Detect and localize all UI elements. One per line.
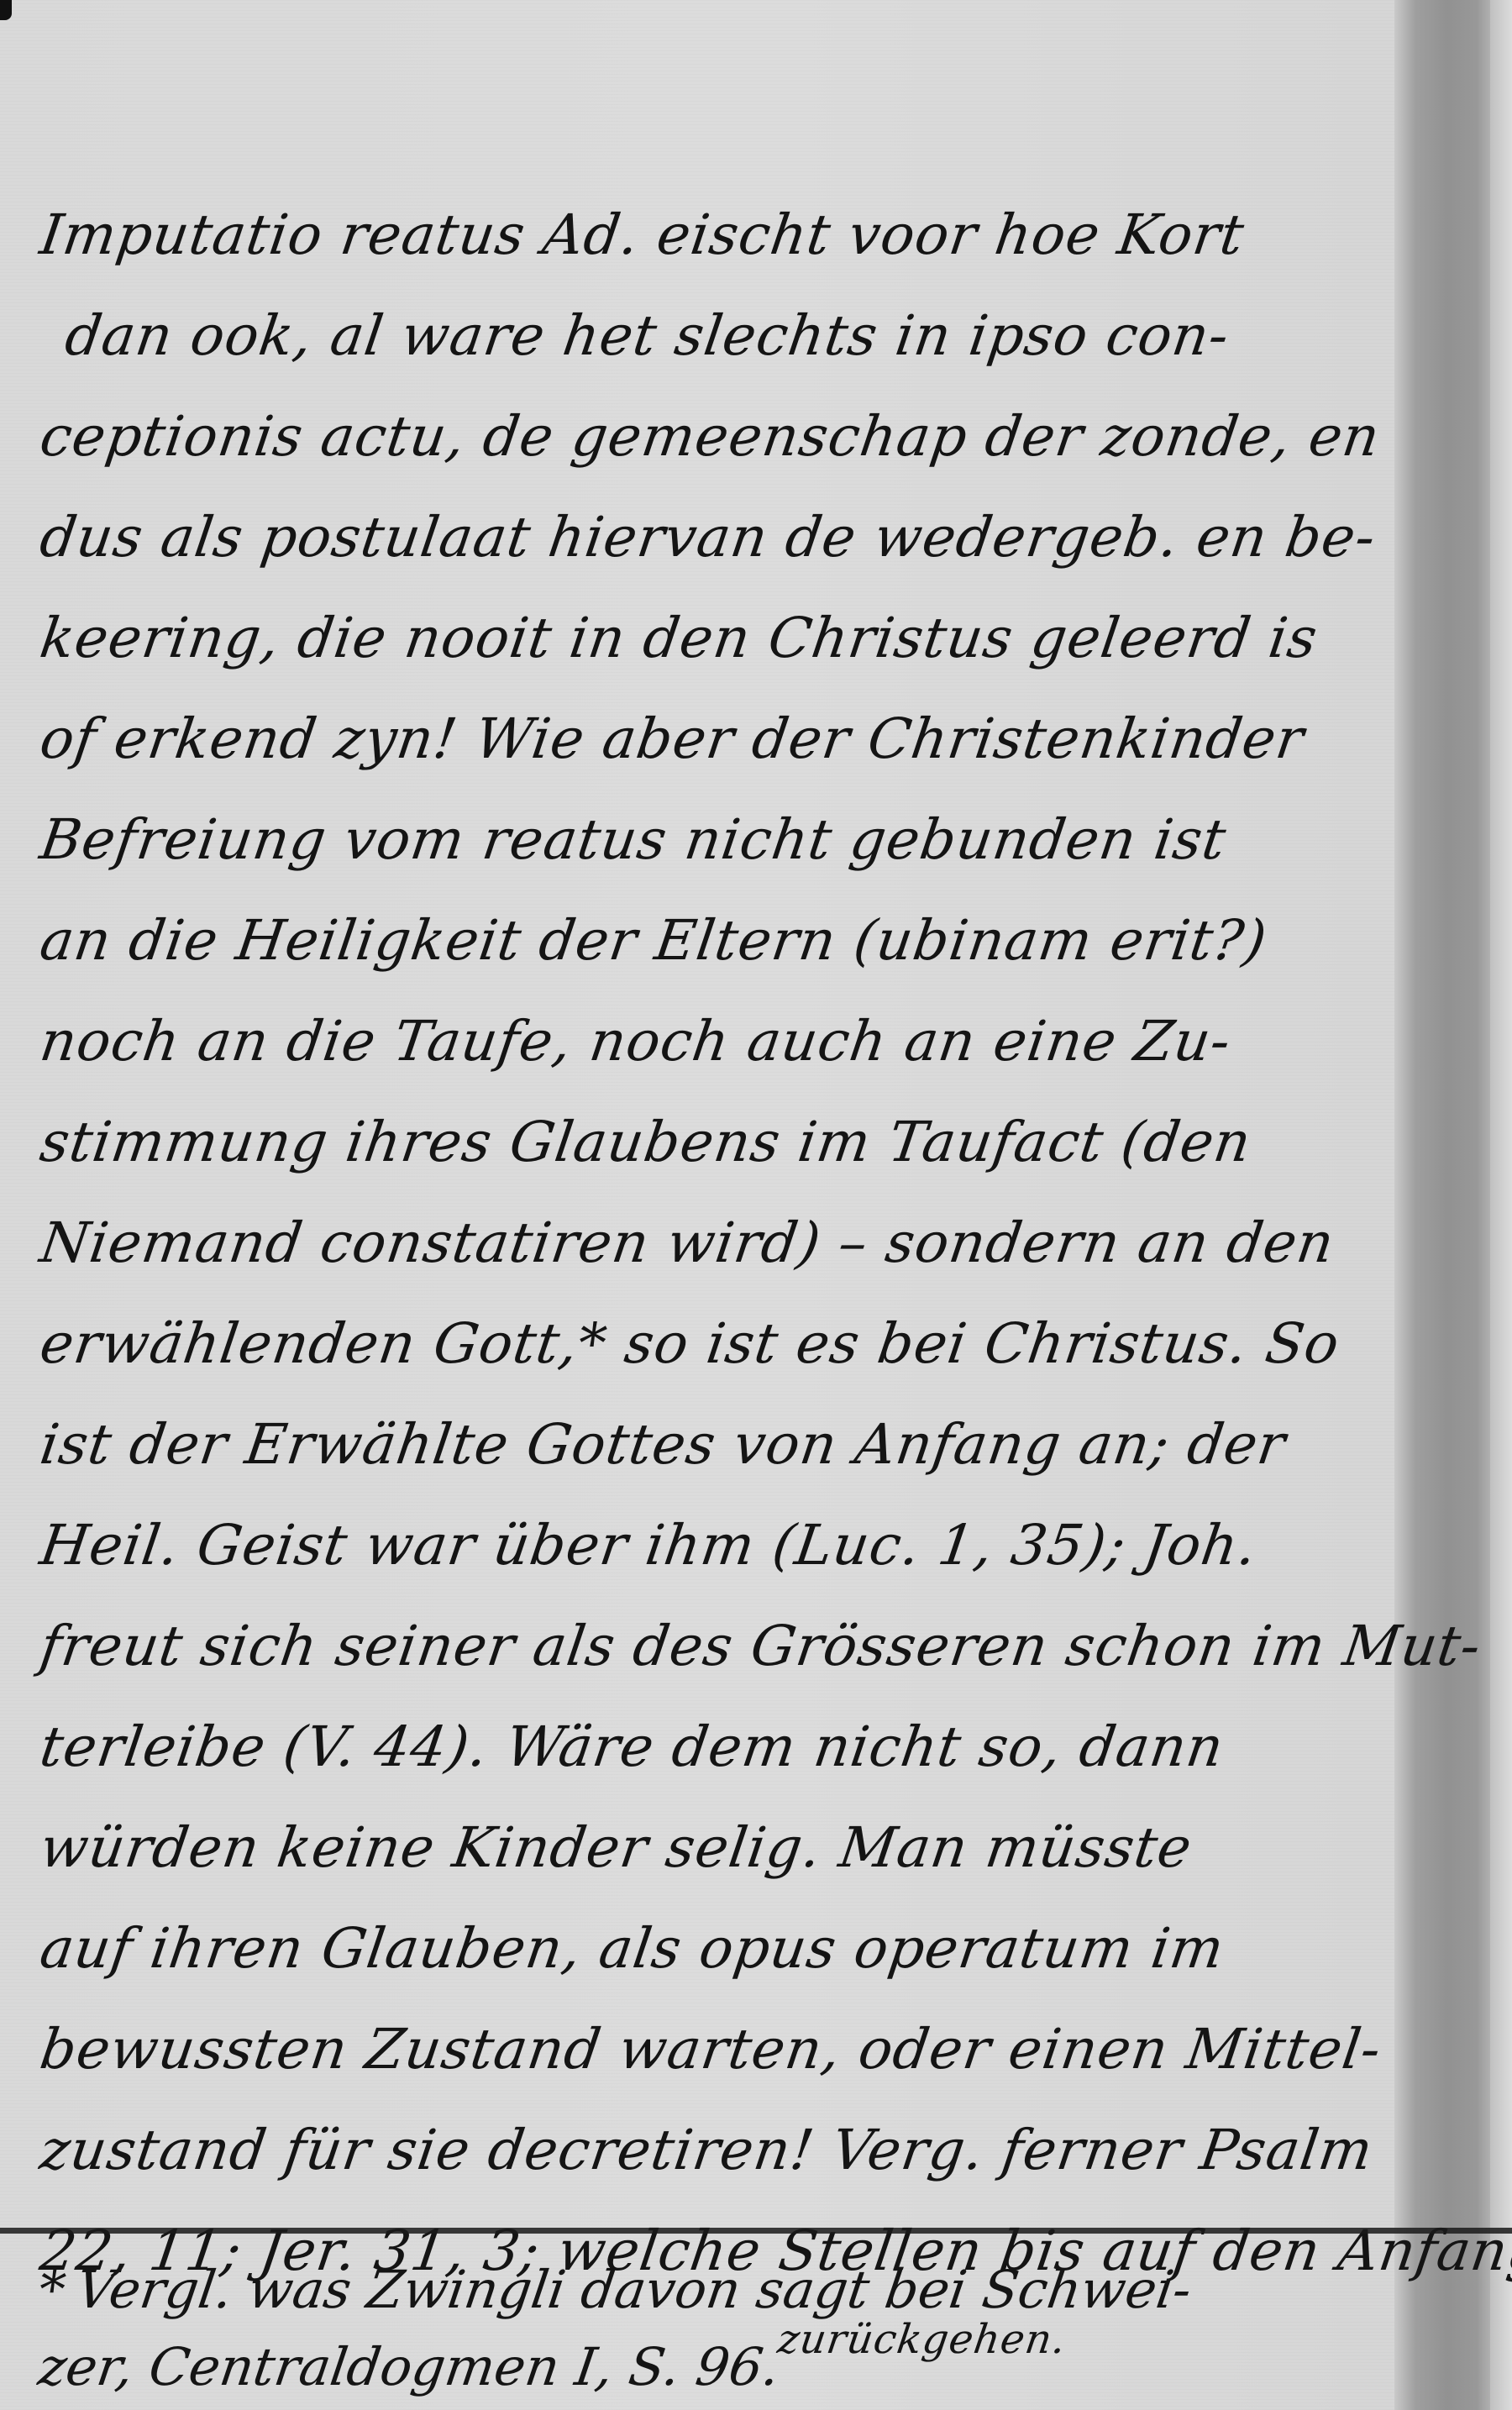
text-line: auf ihren Glauben, als opus operatum im [34, 1898, 1493, 1999]
manuscript-body: Imputatio reatus Ad. eischt voor hoe Kor… [34, 185, 1478, 2377]
text-line: erwählenden Gott,* so ist es bei Christu… [34, 1294, 1493, 1394]
text-line: Heil. Geist war über ihm (Luc. 1, 35); J… [34, 1495, 1493, 1596]
footnote-line: *Vergl. was Zwingli davon sagt bei Schwe… [34, 2251, 1489, 2329]
text-line: dan ook, al ware het slechts in ipso con… [34, 286, 1493, 386]
text-line: keering, die nooit in den Christus gelee… [34, 588, 1493, 689]
text-line: freut sich seiner als des Grösseren scho… [34, 1596, 1493, 1697]
text-line: noch an die Taufe, noch auch an eine Zu- [34, 991, 1493, 1092]
text-line: zustand für sie decretiren! Verg. ferner… [34, 2100, 1493, 2201]
text-line: Befreiung vom reatus nicht gebunden ist [34, 790, 1493, 890]
text-line: stimmung ihres Glaubens im Taufact (den [34, 1092, 1493, 1193]
text-line: dus als postulaat hiervan de wedergeb. e… [34, 487, 1493, 588]
text-line: Niemand constatiren wird) – sondern an d… [34, 1193, 1493, 1294]
footnote-divider [0, 2228, 1512, 2234]
text-line: Imputatio reatus Ad. eischt voor hoe Kor… [34, 185, 1493, 286]
text-line: terleibe (V. 44). Wäre dem nicht so, dan… [34, 1697, 1493, 1798]
text-line: ceptionis actu, de gemeenschap der zonde… [34, 386, 1493, 487]
text-line: an die Heiligkeit der Eltern (ubinam eri… [34, 890, 1493, 991]
text-line: würden keine Kinder selig. Man müsste [34, 1798, 1493, 1898]
text-line: of erkend zyn! Wie aber der Christenkind… [34, 689, 1493, 790]
text-line: bewussten Zustand warten, oder einen Mit… [34, 1999, 1493, 2100]
manuscript-page: Imputatio reatus Ad. eischt voor hoe Kor… [0, 0, 1512, 2410]
ink-blot [0, 0, 12, 20]
footnote-text: Vergl. was Zwingli davon sagt bei Schwei… [72, 2259, 1194, 2320]
text-line: ist der Erwählte Gottes von Anfang an; d… [34, 1394, 1493, 1495]
footnote: *Vergl. was Zwingli davon sagt bei Schwe… [34, 2251, 1478, 2406]
footnote-marker: * [34, 2259, 69, 2320]
page-edge [1490, 0, 1512, 2410]
footnote-line: zer, Centraldogmen I, S. 96. [34, 2329, 1489, 2406]
